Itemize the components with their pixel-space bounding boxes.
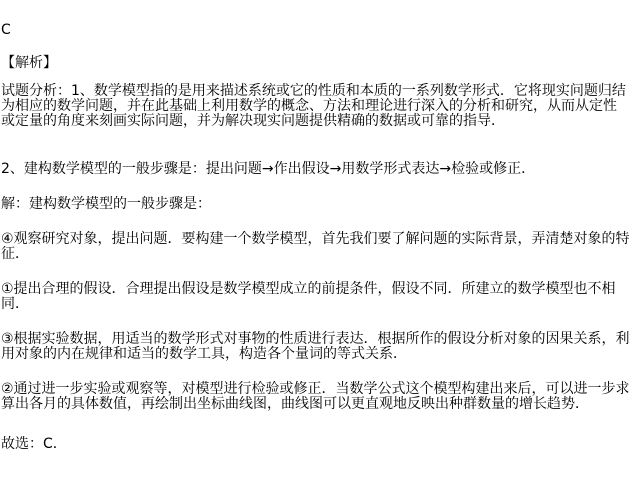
conclusion-line: 故选：C． [1,437,630,452]
solution-intro-line: 解：建构数学模型的一般步骤是： [1,197,630,212]
analysis-section-header: 【解析】 [1,56,630,71]
solution-step-hypothesis: ①提出合理的假设．合理提出假设是数学模型成立的前提条件，假设不同．所建立的数学模… [1,282,630,312]
solution-step-observe: ④观察研究对象，提出问题．要构建一个数学模型，首先我们要了解问题的实际背景，弄清… [1,232,630,262]
analysis-paragraph-steps: 2、建构数学模型的一般步骤是：提出问题→作出假设→用数学形式表达→检验或修正． [1,162,630,177]
solution-step-express: ③根据实验数据，用适当的数学形式对事物的性质进行表达．根据所作的假设分析对象的因… [1,332,630,362]
answer-explanation-page: C 【解析】 试题分析：1、数学模型指的是用来描述系统或它的性质和本质的一系列数… [0,0,630,492]
analysis-paragraph-overview: 试题分析：1、数学模型指的是用来描述系统或它的性质和本质的一系列数学形式．它将现… [1,84,630,129]
solution-step-verify: ②通过进一步实验或观察等，对模型进行检验或修正．当数学公式这个模型构建出来后，可… [1,382,630,412]
answer-letter: C [1,23,630,38]
